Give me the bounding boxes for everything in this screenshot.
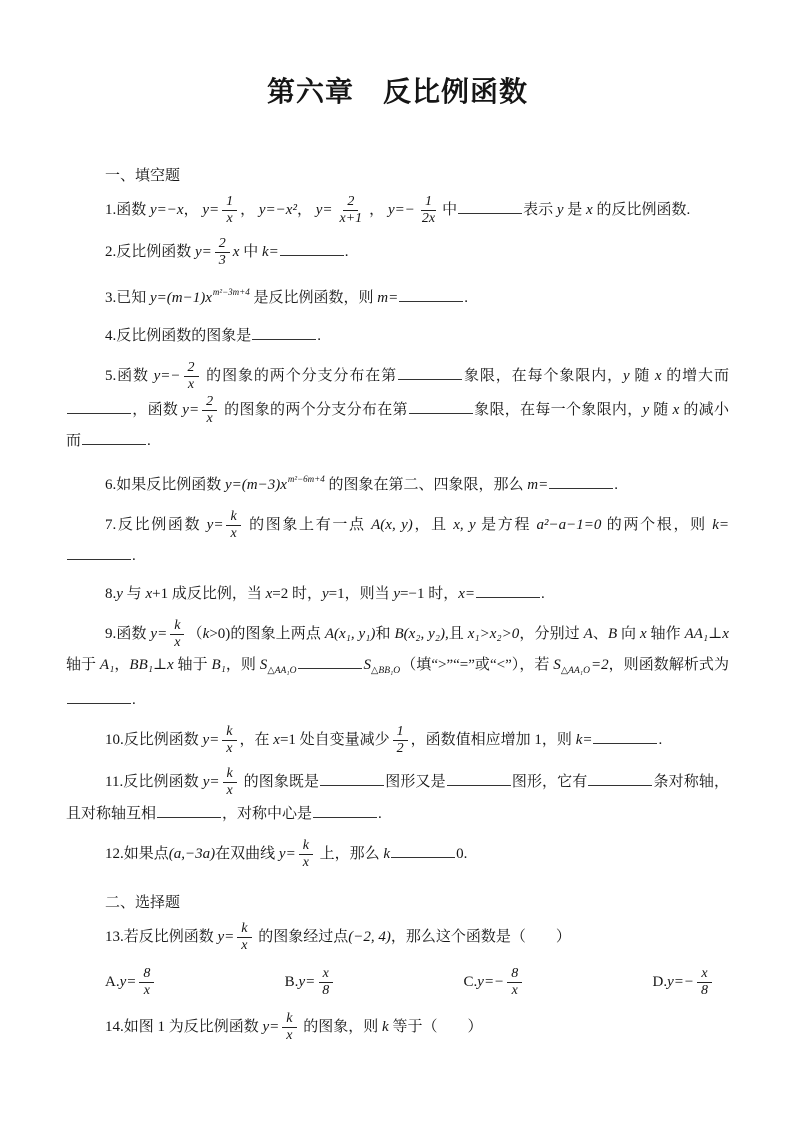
fraction: kx <box>226 509 240 542</box>
text-run: 象限，在每一个象限内， <box>474 402 643 418</box>
text-run: （ <box>187 626 202 642</box>
question-paragraph: 7.反比例函数 y=kx 的图象上有一点 A(x, y)，且 x, y 是方程 … <box>66 509 729 571</box>
text-run: D. <box>652 974 667 990</box>
text-run: 中 <box>442 202 457 218</box>
exponent: m²−6m+4 <box>288 474 325 484</box>
fraction: 12x <box>418 194 439 227</box>
text-run: 12.如果点 <box>105 846 169 862</box>
text-run: 9.函数 <box>105 626 150 642</box>
fraction-denominator: x <box>299 855 313 871</box>
text-run: 、 <box>593 626 608 642</box>
math-run: BB₁⊥x <box>129 657 173 673</box>
text-run: ，分别过 <box>519 626 583 642</box>
math-run: x <box>273 732 280 748</box>
section-heading-2: 二、选择题 <box>105 891 729 912</box>
math-run: m= <box>377 290 398 306</box>
math-run: y= <box>202 202 219 218</box>
text-run: A. <box>105 974 120 990</box>
math-run: A <box>584 626 593 642</box>
math-run: y <box>116 586 123 602</box>
blank-field <box>252 324 316 340</box>
blank-field <box>476 582 540 598</box>
document-body: 一、填空题1.函数 y=−x， y=1x， y=−x²， y=2x+1， y=−… <box>66 164 729 1044</box>
math-run: x= <box>458 586 475 602</box>
math-run: x <box>586 202 593 218</box>
subscript: △AA₁O <box>267 666 296 676</box>
text-run: ， <box>240 202 259 218</box>
math-run: y= <box>182 402 199 418</box>
text-run: 与 <box>123 586 146 602</box>
fraction-numerator: 1 <box>222 194 237 211</box>
text-run: . <box>614 477 618 493</box>
choice-option: B.y=x8 <box>285 966 337 999</box>
text-run: =−1 时， <box>400 586 458 602</box>
fraction-denominator: x <box>170 635 184 651</box>
question-paragraph: 5.函数 y=−2x 的图象的两个分支分布在第象限，在每个象限内，y 随 x 的… <box>66 360 729 455</box>
text-run: 中 <box>239 244 262 260</box>
fraction: kx <box>237 921 251 954</box>
text-run: >0)的图象上两点 <box>209 626 325 642</box>
text-run: . <box>464 290 468 306</box>
text-run: 的图象上有一点 <box>244 517 371 533</box>
math-run: A(x, y) <box>371 517 413 533</box>
fraction-numerator: k <box>226 509 240 526</box>
text-run: C. <box>464 974 478 990</box>
math-run: y <box>322 586 329 602</box>
blank-field <box>67 544 131 560</box>
question-paragraph: 10.反比例函数 y=kx，在 x=1 处自变量减少12，函数值相应增加 1，则… <box>66 724 729 757</box>
page-title: 第六章 反比例函数 <box>66 70 729 110</box>
blank-field <box>157 802 221 818</box>
text-run: ，且 <box>413 517 453 533</box>
math-run: y <box>557 202 564 218</box>
fraction-numerator: k <box>282 1011 296 1028</box>
math-run: y= <box>150 626 167 642</box>
text-run: 图形，它有 <box>512 774 588 790</box>
text-run: ，对称中心是 <box>222 806 312 822</box>
text-run: 的图象在第二、四象限，那么 <box>325 477 528 493</box>
fraction-denominator: 8 <box>318 983 333 999</box>
text-run: 的增大而 <box>662 368 729 384</box>
math-run: y=(m−1)x <box>150 290 212 306</box>
fraction-numerator: 8 <box>507 966 522 983</box>
question-paragraph: 2.反比例函数 y=23x 中 k=. <box>66 236 729 269</box>
symbol-with-subscript: S△AA₁O <box>553 657 591 673</box>
text-run: 4.反比例函数的图象是 <box>105 328 251 344</box>
text-run: 13.若反比例函数 <box>105 929 218 945</box>
math-run: k= <box>712 517 729 533</box>
question-paragraph: 14.如图 1 为反比例函数 y=kx 的图象，则 k 等于（ ） <box>66 1011 729 1044</box>
text-run: ，函数值相应增加 1，则 <box>411 732 576 748</box>
fraction-denominator: 3 <box>215 253 230 269</box>
text-run: 5.函数 <box>105 368 154 384</box>
fraction: x8 <box>318 966 333 999</box>
fraction-numerator: 2 <box>202 394 217 411</box>
text-run: . <box>378 806 382 822</box>
text-run: ，那么这个函数是（ ） <box>391 929 571 945</box>
text-run: 是方程 <box>476 517 537 533</box>
fraction: 1x <box>222 194 237 227</box>
subscript: △BB₁O <box>371 666 400 676</box>
choice-option: A.y=8x <box>105 966 157 999</box>
text-run: . <box>132 548 136 564</box>
fraction-denominator: x <box>508 983 522 999</box>
exponent: m²−3m+4 <box>213 287 250 297</box>
fraction-denominator: x <box>202 411 216 427</box>
text-run: 8. <box>105 586 116 602</box>
fraction-numerator: 8 <box>139 966 154 983</box>
question-paragraph: 13.若反比例函数 y=kx 的图象经过点(−2, 4)，那么这个函数是（ ） <box>66 921 729 954</box>
text-run: 11.反比例函数 <box>105 774 203 790</box>
text-run: 和 <box>375 626 394 642</box>
fraction-denominator: 2 <box>393 741 408 757</box>
symbol-with-subscript: S△BB₁O <box>363 657 401 673</box>
fraction: 8x <box>139 966 154 999</box>
fraction-numerator: 1 <box>393 724 408 741</box>
text-run: ，则 <box>226 657 260 673</box>
fraction: 2x <box>202 394 217 427</box>
math-run: x₁>x₂>0 <box>468 626 520 642</box>
text-run: 2.反比例函数 <box>105 244 195 260</box>
math-run: y=(m−3)x <box>225 477 287 493</box>
text-run: 随 <box>649 402 672 418</box>
question-paragraph: 11.反比例函数 y=kx 的图象既是图形又是图形，它有条对称轴，且对称轴互相，… <box>66 766 729 828</box>
choice-options-row: A.y=8xB.y=x8C.y=−8xD.y=−x8 <box>105 966 715 999</box>
text-run: 是反比例函数，则 <box>250 290 378 306</box>
math-run: y=− <box>667 974 694 990</box>
fraction: 2x <box>184 360 199 393</box>
blank-field <box>391 842 455 858</box>
fraction: 12 <box>393 724 408 757</box>
blank-field <box>549 473 613 489</box>
blank-field <box>588 770 652 786</box>
blank-field <box>313 802 377 818</box>
math-run: a²−a−1=0 <box>537 517 602 533</box>
math-run: y= <box>279 846 296 862</box>
math-run: k <box>382 1019 389 1035</box>
text-run: 3.已知 <box>105 290 150 306</box>
fraction-numerator: k <box>223 766 237 783</box>
question-paragraph: 8.y 与 x+1 成反比例，当 x=2 时，y=1，则当 y=−1 时，x=. <box>66 580 729 609</box>
text-run: 等于（ ） <box>389 1019 483 1035</box>
math-run: AA₁⊥x <box>685 626 729 642</box>
subscript: △AA₁O <box>561 666 590 676</box>
blank-field <box>298 653 362 669</box>
fraction: kx <box>170 618 184 651</box>
fraction: kx <box>299 838 313 871</box>
text-run: 象限，在每个象限内， <box>463 368 623 384</box>
fraction-denominator: x <box>223 783 237 799</box>
fraction-denominator: x <box>140 983 154 999</box>
blank-field <box>67 398 131 414</box>
text-run: ,且 <box>445 626 468 642</box>
fraction-denominator: 8 <box>697 983 712 999</box>
fraction-numerator: 1 <box>421 194 436 211</box>
math-run: x <box>655 368 662 384</box>
math-run: A₁ <box>100 657 114 673</box>
text-run: . <box>541 586 545 602</box>
text-run: . <box>147 433 151 449</box>
fraction-numerator: 2 <box>215 236 230 253</box>
math-run: y= <box>298 974 315 990</box>
text-run: ， <box>369 202 388 218</box>
text-run: 上，那么 <box>316 846 384 862</box>
text-run: 0. <box>456 846 467 862</box>
math-run: y=− <box>477 974 504 990</box>
text-run: +1 成反比例，当 <box>152 586 265 602</box>
text-run: 图形又是 <box>385 774 446 790</box>
fraction-denominator: x <box>184 377 198 393</box>
section-heading-1: 一、填空题 <box>105 164 729 185</box>
math-run: y= <box>316 202 333 218</box>
text-run: 表示 <box>523 202 557 218</box>
math-run: y=−x² <box>259 202 297 218</box>
math-run: y <box>623 368 630 384</box>
fraction: x8 <box>697 966 712 999</box>
question-paragraph: 1.函数 y=−x， y=1x， y=−x²， y=2x+1， y=−12x中表… <box>66 194 729 227</box>
text-run: ，函数 <box>132 402 182 418</box>
fraction-numerator: k <box>299 838 313 855</box>
fraction-denominator: x+1 <box>336 211 367 227</box>
text-run: ， <box>297 202 316 218</box>
math-run: y= <box>263 1019 280 1035</box>
text-run: . <box>658 732 662 748</box>
text-run: 的图象的两个分支分布在第 <box>220 402 408 418</box>
blank-field <box>280 240 344 256</box>
question-paragraph: 9.函数 y=kx（k>0)的图象上两点 A(x₁, y₁)和 B(x₂, y₂… <box>66 618 729 715</box>
worksheet-page: 第六章 反比例函数 一、填空题1.函数 y=−x， y=1x， y=−x²， y… <box>0 0 793 1122</box>
text-run: 的图象既是 <box>240 774 319 790</box>
math-run: y= <box>203 774 220 790</box>
math-run: y=− <box>388 202 415 218</box>
text-run: 1.函数 <box>105 202 150 218</box>
text-run: 14.如图 1 为反比例函数 <box>105 1019 263 1035</box>
text-run: ，则函数解析式为 <box>609 657 729 673</box>
blank-field <box>82 429 146 445</box>
math-run: B₁ <box>211 657 225 673</box>
blank-field <box>67 688 131 704</box>
fraction-numerator: k <box>222 724 236 741</box>
text-run: =1，则当 <box>329 586 394 602</box>
fraction: kx <box>222 724 236 757</box>
blank-field <box>593 728 657 744</box>
fraction: kx <box>282 1011 296 1044</box>
fraction: 8x <box>507 966 522 999</box>
fraction-numerator: x <box>697 966 711 983</box>
math-run: (−2, 4) <box>348 929 391 945</box>
text-run: =2 时， <box>272 586 322 602</box>
blank-field <box>399 286 463 302</box>
question-paragraph: 3.已知 y=(m−1)xm²−3m+4 是反比例函数，则 m=. <box>66 278 729 313</box>
math-run: y= <box>218 929 235 945</box>
fraction-denominator: x <box>226 526 240 542</box>
math-run: B(x₂, y₂) <box>394 626 445 642</box>
text-run: =1 处自变量减少 <box>280 732 390 748</box>
blank-field <box>458 198 522 214</box>
text-run: 轴作 <box>647 626 685 642</box>
text-run: ， <box>114 657 129 673</box>
fraction-denominator: 2x <box>418 211 439 227</box>
text-run: . <box>317 328 321 344</box>
text-run: . <box>132 692 136 708</box>
question-paragraph: 12.如果点(a,−3a)在双曲线 y=kx 上，那么 k0. <box>66 838 729 871</box>
math-run: k <box>383 846 390 862</box>
text-run: 的两个根，则 <box>601 517 712 533</box>
math-run: =2 <box>591 657 609 673</box>
text-run: 随 <box>630 368 655 384</box>
blank-field <box>398 364 462 380</box>
blank-field <box>409 398 473 414</box>
fraction-denominator: x <box>282 1028 296 1044</box>
fraction-numerator: k <box>170 618 184 635</box>
text-run: 轴于 <box>174 657 212 673</box>
math-run: k= <box>262 244 279 260</box>
fraction-denominator: x <box>223 211 237 227</box>
text-run: 7.反比例函数 <box>105 517 207 533</box>
math-run: (a,−3a) <box>169 846 215 862</box>
text-run: 的图象的两个分支分布在第 <box>202 368 398 384</box>
text-run: 的反比例函数. <box>593 202 691 218</box>
math-run: x, y <box>453 517 475 533</box>
question-paragraph: 4.反比例函数的图象是. <box>66 322 729 351</box>
text-run: ，在 <box>240 732 274 748</box>
symbol-with-subscript: S△AA₁O <box>260 657 298 673</box>
text-run: B. <box>285 974 299 990</box>
choice-option: D.y=−x8 <box>652 966 715 999</box>
math-run: y=−x <box>150 202 184 218</box>
text-run: 轴于 <box>66 657 100 673</box>
fraction-denominator: x <box>237 938 251 954</box>
text-run: ， <box>184 202 203 218</box>
text-run: 10.反比例函数 <box>105 732 203 748</box>
fraction-denominator: x <box>222 741 236 757</box>
math-run: y= <box>203 732 220 748</box>
math-run: m= <box>527 477 548 493</box>
question-paragraph: 6.如果反比例函数 y=(m−3)xm²−6m+4 的图象在第二、四象限，那么 … <box>66 465 729 500</box>
text-run: （填“>”“=”或“<”），若 <box>401 657 553 673</box>
fraction: 23 <box>215 236 230 269</box>
math-run: x <box>640 626 647 642</box>
math-run: k= <box>576 732 593 748</box>
text-run: 是 <box>564 202 587 218</box>
fraction: 2x+1 <box>336 194 367 227</box>
text-run: 6.如果反比例函数 <box>105 477 225 493</box>
fraction-numerator: x <box>319 966 333 983</box>
math-run: B <box>608 626 617 642</box>
text-run: 的图象经过点 <box>255 929 349 945</box>
text-run: 向 <box>617 626 640 642</box>
math-run: y= <box>195 244 212 260</box>
blank-field <box>447 770 511 786</box>
blank-field <box>320 770 384 786</box>
math-run: A(x₁, y₁) <box>325 626 376 642</box>
fraction-numerator: 2 <box>343 194 358 211</box>
fraction-numerator: 2 <box>184 360 199 377</box>
math-run: y= <box>207 517 224 533</box>
fraction: kx <box>223 766 237 799</box>
text-run: 的图象，则 <box>300 1019 383 1035</box>
text-run: . <box>345 244 349 260</box>
math-run: y=− <box>154 368 181 384</box>
fraction-numerator: k <box>237 921 251 938</box>
text-run: 在双曲线 <box>215 846 279 862</box>
math-run: y= <box>120 974 137 990</box>
choice-option: C.y=−8x <box>464 966 526 999</box>
